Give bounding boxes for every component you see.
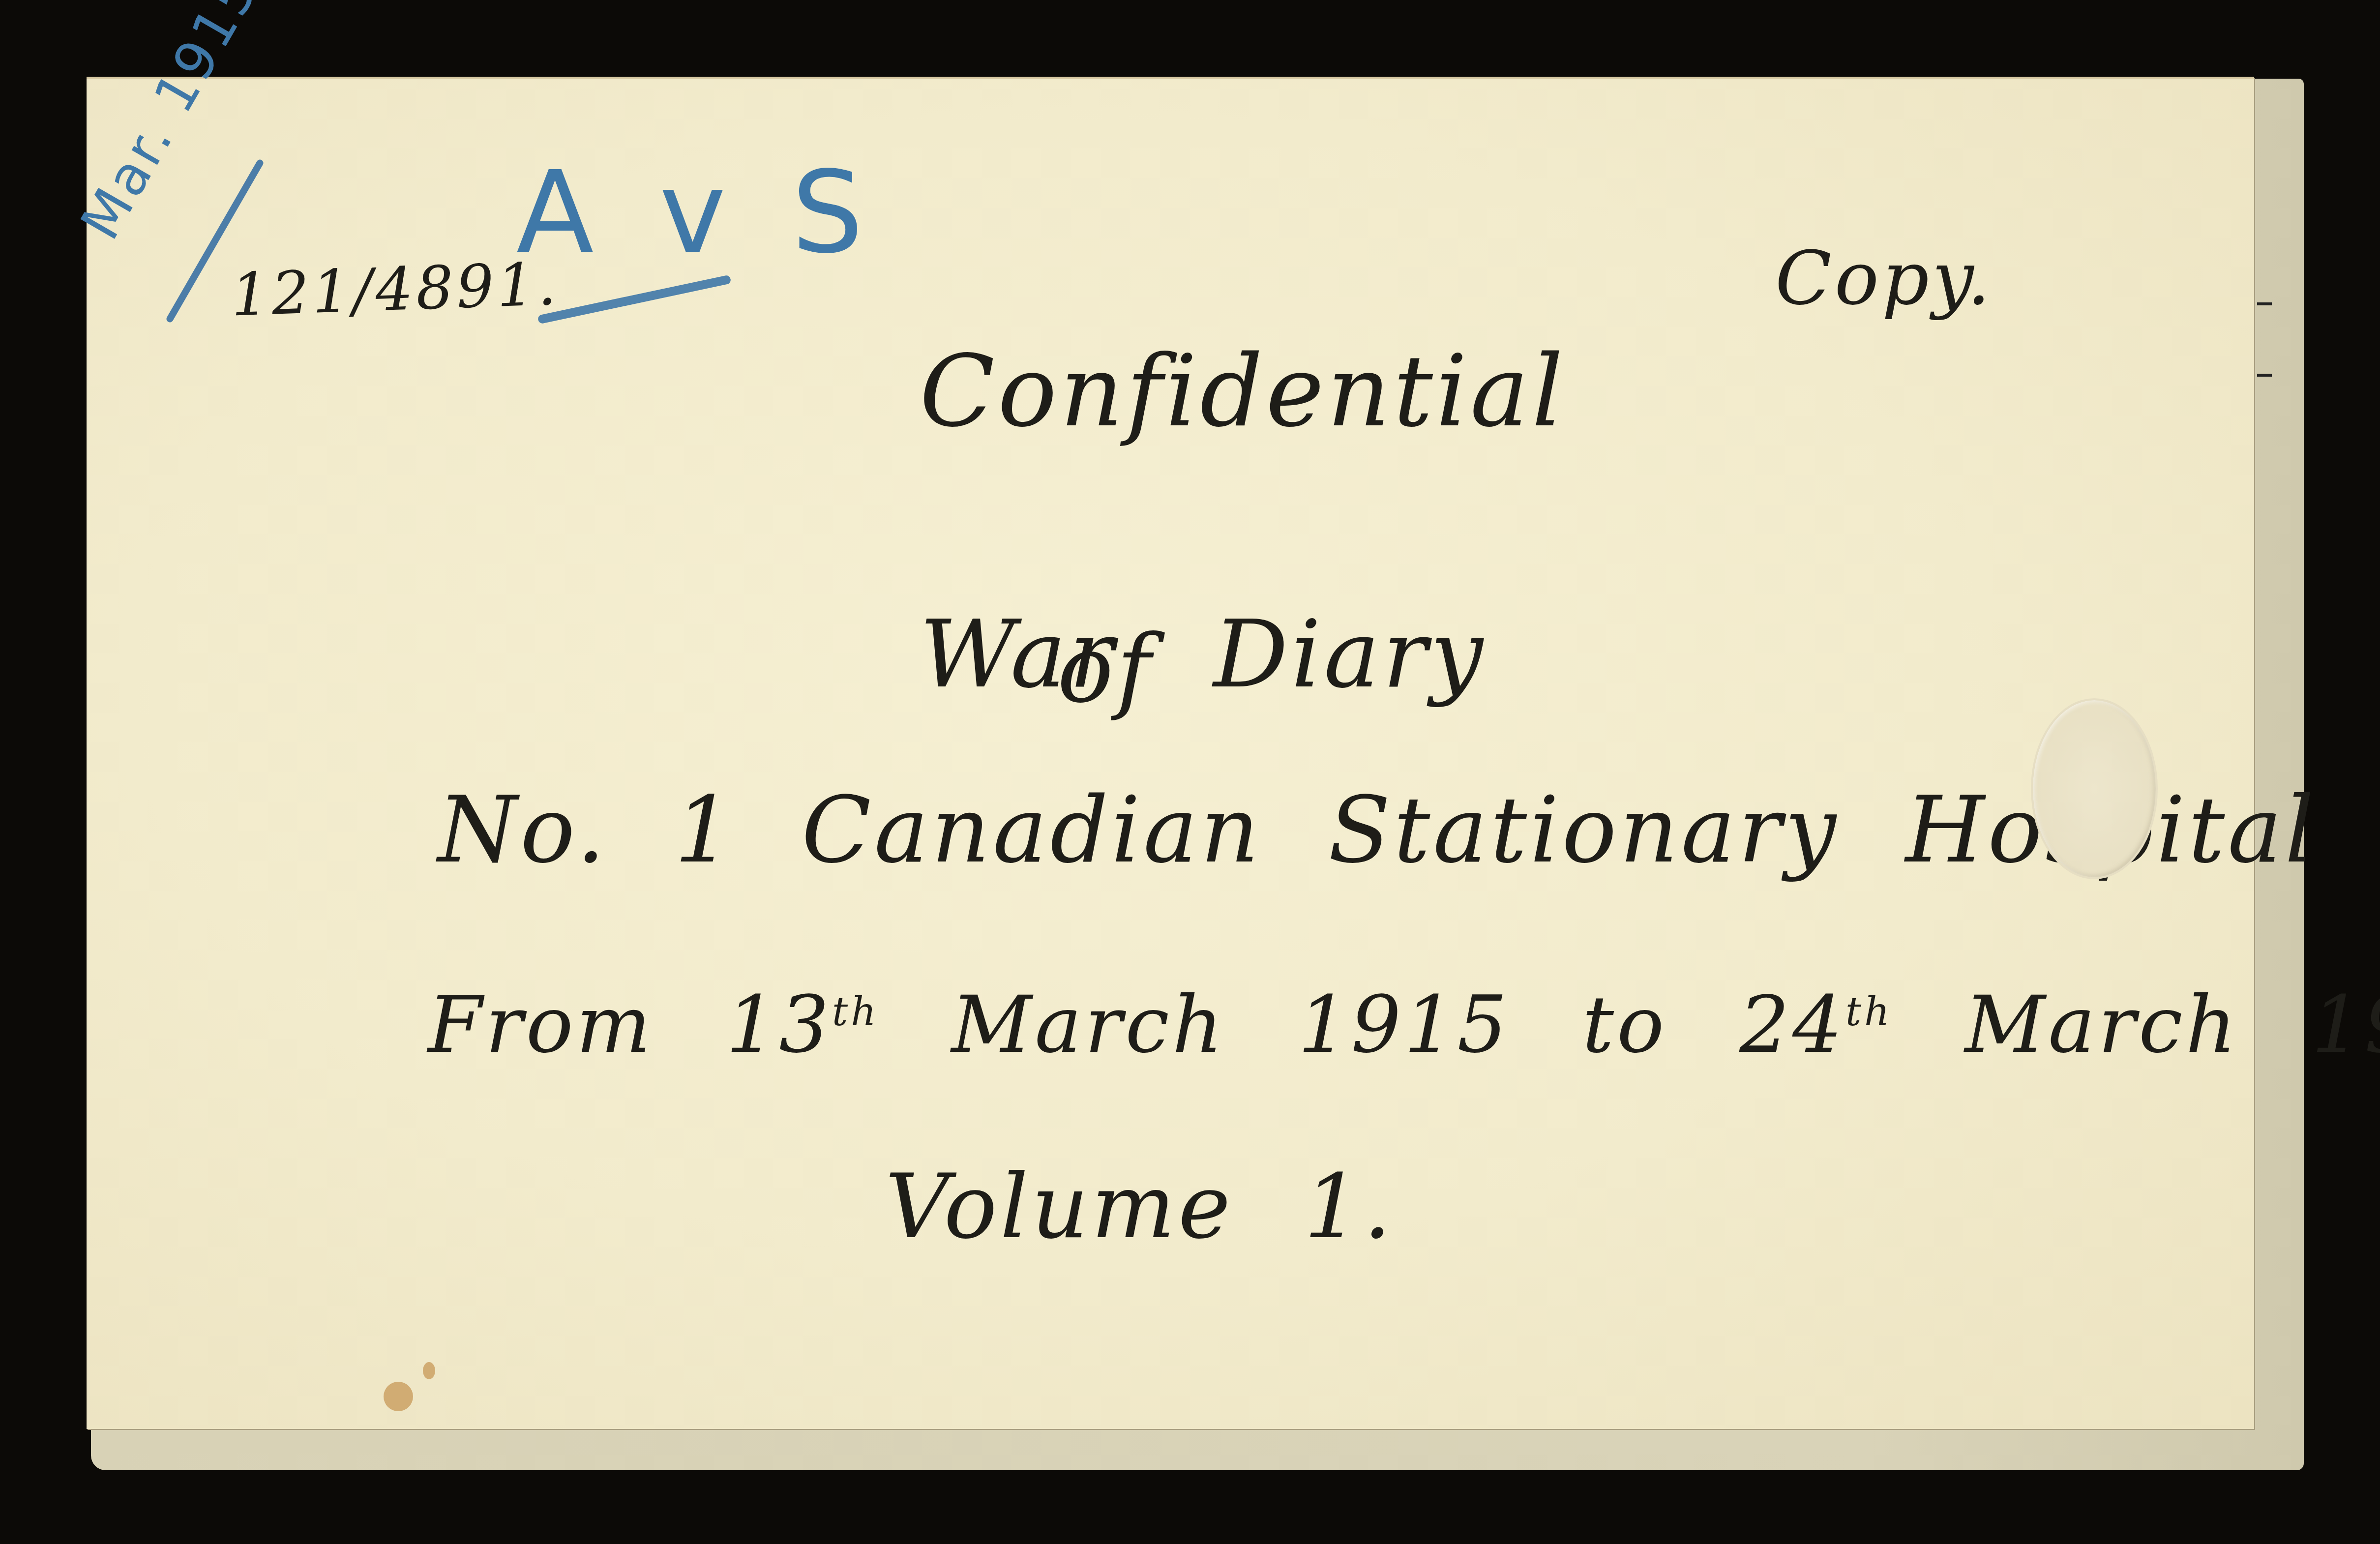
- end-day: 24: [1739, 979, 1845, 1070]
- to-label: to: [1582, 979, 1667, 1070]
- end-month-year: March 1915.: [1964, 979, 2380, 1070]
- start-day: 13: [726, 979, 832, 1070]
- start-month-year: March 1915: [952, 979, 1510, 1070]
- from-label: From: [428, 979, 654, 1070]
- edge-mark: [2257, 302, 2272, 305]
- reference-number: 121/4891.: [230, 250, 560, 329]
- pencil-initials: A v S: [516, 148, 878, 279]
- volume-label: Volume 1.: [885, 1156, 1395, 1258]
- title-of: of: [1057, 615, 1154, 723]
- copy-mark: Copy.: [1775, 236, 1993, 322]
- foxing-stain: [384, 1382, 413, 1411]
- foxing-stain: [423, 1362, 435, 1379]
- date-range: From 13th March 1915 to 24th March 1915.: [428, 979, 2380, 1070]
- end-suffix: th: [1845, 989, 1893, 1035]
- title-war-diary: War Diary: [920, 600, 1486, 709]
- edge-mark: [2257, 374, 2272, 377]
- start-suffix: th: [832, 989, 879, 1035]
- embossed-seal-icon: [2031, 698, 2158, 879]
- title-confidential: Confidential: [920, 334, 1566, 449]
